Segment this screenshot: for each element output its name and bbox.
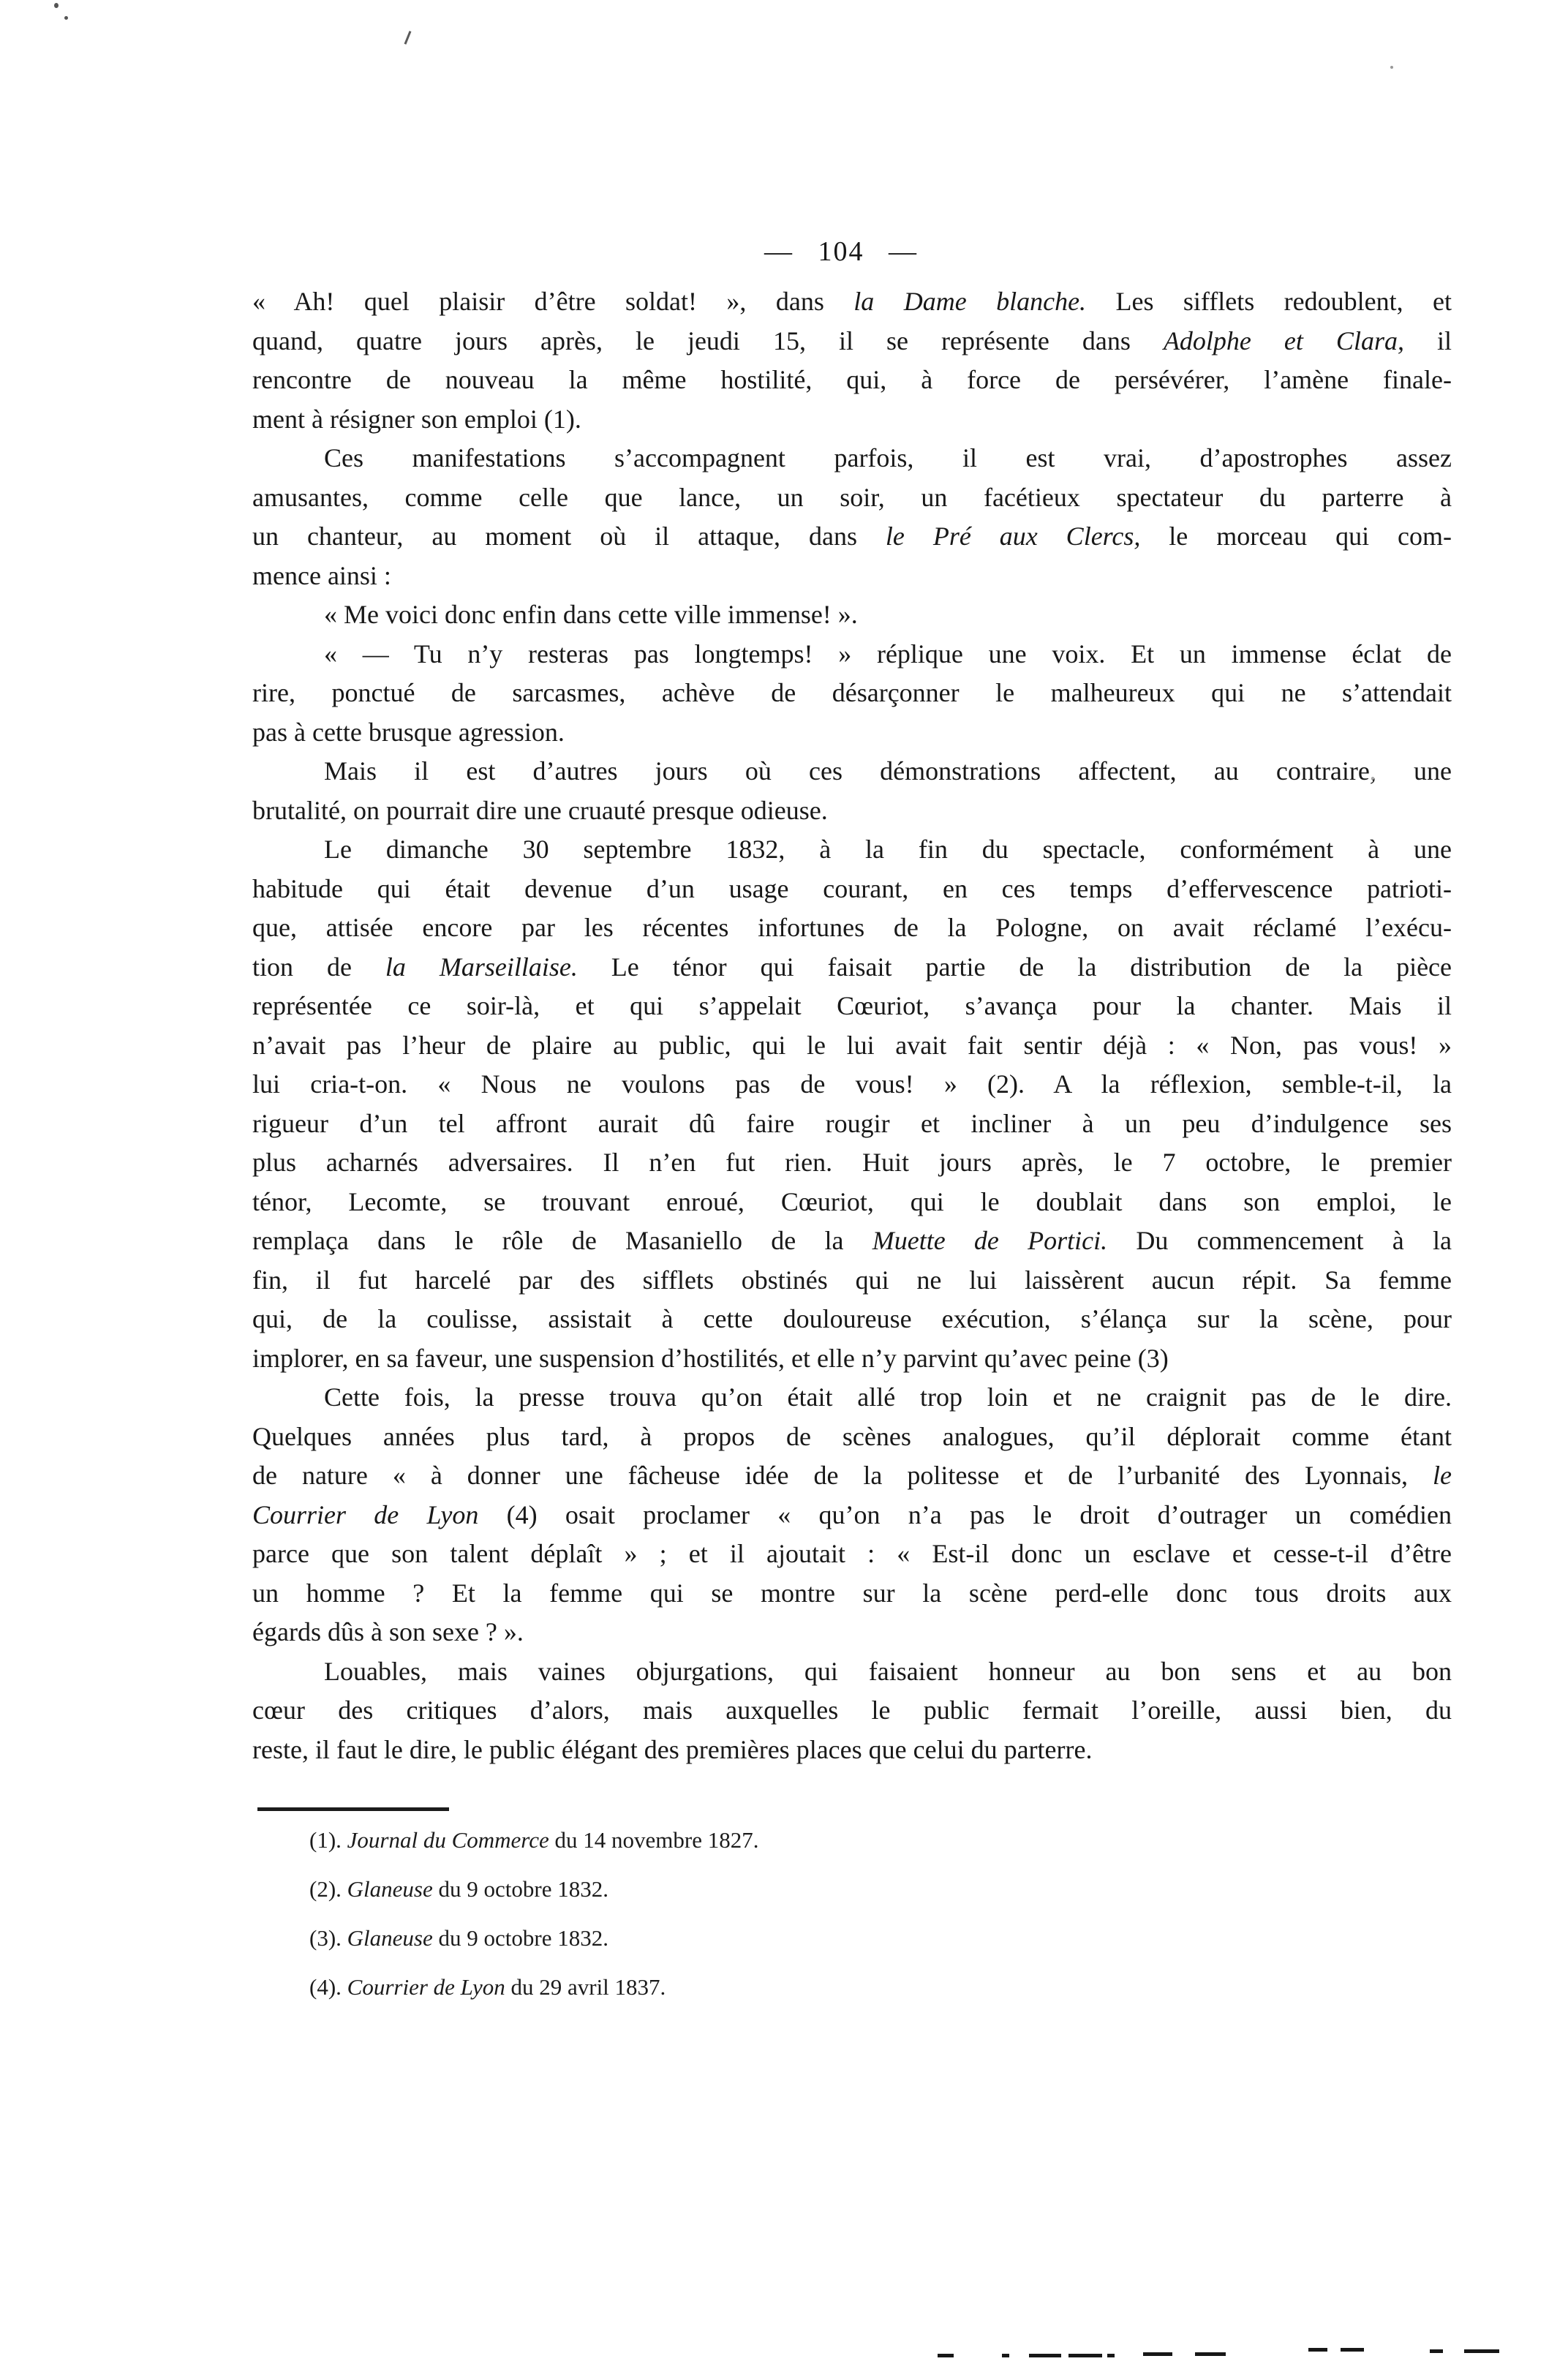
text-line: fin, il fut harcelé par des sifflets obs… [252,1261,1452,1300]
footnotes: (1). Journal du Commerce du 14 novembre … [252,1815,1452,2011]
text-line: un homme ? Et la femme qui se montre sur… [252,1574,1452,1614]
italic-text: le Pré aux Clercs, [886,522,1140,551]
text-segment: du 14 novembre 1827. [549,1827,759,1853]
italic-text: Courrier de Lyon [252,1500,478,1529]
text-segment: (2). [309,1876,347,1902]
scan-artifact-dash [1308,2348,1327,2352]
italic-text: Journal du Commerce [347,1827,549,1853]
text-segment: il [1404,326,1452,355]
text-line: mence ainsi : [252,557,1452,596]
text-line: amusantes, comme celle que lance, un soi… [252,478,1452,518]
text-line: un chanteur, au moment où il attaque, da… [252,517,1452,557]
text-segment: de nature « à donner une fâcheuse idée d… [252,1461,1433,1490]
text-segment: remplaça dans le rôle de Masaniello de l… [252,1226,872,1255]
text-segment: lui cria-t-on. « Nous ne voulons pas de … [252,1069,1452,1099]
text-line: « Ah! quel plaisir d’être soldat! », dan… [252,282,1452,322]
scan-artifact-dash [1068,2354,1102,2357]
text-line: que, attisée encore par les récentes inf… [252,908,1452,948]
text-segment: Du commencement à la [1107,1226,1452,1255]
page-number: — 104 — [241,236,1441,268]
scan-speck [1390,66,1393,69]
text-line: habitude qui était devenue d’un usage co… [252,870,1452,909]
body-text: « Ah! quel plaisir d’être soldat! », dan… [252,282,1452,1769]
scan-artifact-dash [1107,2354,1115,2357]
scan-artifact-dash [1029,2354,1061,2357]
text-segment: du 29 avril 1837. [505,1974,666,2000]
text-line: de nature « à donner une fâcheuse idée d… [252,1456,1452,1496]
text-line: ténor, Lecomte, se trouvant enroué, Cœur… [252,1183,1452,1222]
text-line: rire, ponctué de sarcasmes, achève de dé… [252,674,1452,713]
text-segment: ténor, Lecomte, se trouvant enroué, Cœur… [252,1187,1452,1216]
text-segment: mence ainsi : [252,561,391,590]
text-line: Cette fois, la presse trouva qu’on était… [252,1378,1452,1418]
italic-text: Glaneuse [347,1876,433,1902]
text-segment: Le ténor qui faisait partie de la distri… [578,952,1452,982]
text-segment: égards dûs à son sexe ? ». [252,1617,524,1646]
text-segment: qui, de la coulisse, assistait à cette d… [252,1304,1452,1333]
text-line: « — Tu n’y resteras pas longtemps! » rép… [252,635,1452,674]
text-segment: (4) osait proclamer « qu’on n’a pas le d… [478,1500,1452,1529]
scan-stroke-artifact [404,31,412,45]
footnote: (1). Journal du Commerce du 14 novembre … [252,1815,1452,1864]
text-segment: brutalité, on pourrait dire une cruauté … [252,796,828,825]
text-segment: ment à résigner son emploi (1). [252,404,581,434]
text-segment: habitude qui était devenue d’un usage co… [252,874,1452,903]
text-segment: cœur des critiques d’alors, mais auxquel… [252,1695,1452,1725]
text-segment: que, attisée encore par les récentes inf… [252,913,1452,942]
text-segment: reste, il faut le dire, le public élégan… [252,1735,1092,1764]
text-line: lui cria-t-on. « Nous ne voulons pas de … [252,1065,1452,1104]
text-segment: amusantes, comme celle que lance, un soi… [252,483,1452,512]
text-line: Mais il est d’autres jours où ces démons… [252,752,1452,791]
text-segment: rire, ponctué de sarcasmes, achève de dé… [252,678,1452,707]
scan-speck [64,16,68,20]
page-number-text: — 104 — [764,236,918,267]
text-segment: « Ah! quel plaisir d’être soldat! », dan… [252,287,853,316]
text-line: Courrier de Lyon (4) osait proclamer « q… [252,1496,1452,1535]
text-line: pas à cette brusque agression. [252,713,1452,753]
footnote: (2). Glaneuse du 9 octobre 1832. [252,1864,1452,1913]
text-segment: Quelques années plus tard, à propos de s… [252,1422,1452,1451]
italic-text: Courrier de Lyon [347,1974,505,2000]
text-line: Le dimanche 30 septembre 1832, à la fin … [252,830,1452,870]
scan-artifact-dash [1195,2352,1226,2356]
text-line: tion de la Marseillaise. Le ténor qui fa… [252,948,1452,987]
text-segment: le morceau qui com- [1140,522,1452,551]
text-line: rencontre de nouveau la même hostilité, … [252,361,1452,400]
text-segment: n’avait pas l’heur de plaire au public, … [252,1031,1452,1060]
scan-artifact-dash [1341,2348,1364,2352]
italic-text: Glaneuse [347,1925,433,1951]
scan-artifact-dash [1464,2349,1499,2353]
text-segment: représentée ce soir-là, et qui s’appelai… [252,991,1452,1020]
text-segment: plus acharnés adversaires. Il n’en fut r… [252,1148,1452,1177]
text-line: Ces manifestations s’accompagnent parfoi… [252,439,1452,478]
text-line: égards dûs à son sexe ? ». [252,1613,1452,1652]
text-line: Louables, mais vaines objurgations, qui … [252,1652,1452,1692]
footnote: (4). Courrier de Lyon du 29 avril 1837. [252,1962,1452,2011]
text-segment: du 9 octobre 1832. [433,1876,608,1902]
italic-text: Muette de Portici. [872,1226,1107,1255]
italic-text: le [1433,1461,1452,1490]
footnote-separator-rule [257,1807,449,1811]
text-line: quand, quatre jours après, le jeudi 15, … [252,322,1452,361]
text-line: n’avait pas l’heur de plaire au public, … [252,1026,1452,1066]
text-segment: du 9 octobre 1832. [433,1925,608,1951]
italic-text: Adolphe et Clara, [1164,326,1404,355]
text-line: « Me voici donc enfin dans cette ville i… [252,595,1452,635]
text-segment: Les sifflets redoublent, et [1086,287,1452,316]
text-segment: Ces manifestations s’accompagnent parfoi… [324,443,1452,473]
text-segment: quand, quatre jours après, le jeudi 15, … [252,326,1164,355]
scan-artifact-dash [938,2354,954,2357]
italic-text: la Marseillaise. [385,952,578,982]
text-line: brutalité, on pourrait dire une cruauté … [252,791,1452,831]
text-segment: Le dimanche 30 septembre 1832, à la fin … [324,835,1452,864]
text-line: reste, il faut le dire, le public élégan… [252,1731,1452,1770]
text-segment: parce que son talent déplaît » ; et il a… [252,1539,1452,1568]
text-line: cœur des critiques d’alors, mais auxquel… [252,1691,1452,1731]
text-segment: Mais il est d’autres jours où ces démons… [324,756,1452,786]
text-segment: rigueur d’un tel affront aurait dû faire… [252,1109,1452,1138]
text-segment: un chanteur, au moment où il attaque, da… [252,522,886,551]
text-segment: fin, il fut harcelé par des sifflets obs… [252,1265,1452,1295]
text-line: Quelques années plus tard, à propos de s… [252,1418,1452,1457]
scan-artifact-dash [1430,2349,1443,2353]
text-segment: un homme ? Et la femme qui se montre sur… [252,1578,1452,1608]
text-segment: « Me voici donc enfin dans cette ville i… [324,600,858,629]
text-segment: (4). [309,1974,347,2000]
text-line: implorer, en sa faveur, une suspension d… [252,1339,1452,1379]
text-line: remplaça dans le rôle de Masaniello de l… [252,1221,1452,1261]
text-line: rigueur d’un tel affront aurait dû faire… [252,1104,1452,1144]
text-segment: (1). [309,1827,347,1853]
scan-artifact-dash [1002,2354,1009,2357]
scan-speck [1371,777,1374,780]
text-segment: Cette fois, la presse trouva qu’on était… [324,1382,1452,1412]
text-segment: Louables, mais vaines objurgations, qui … [324,1657,1452,1686]
scan-speck [54,3,59,8]
text-segment: pas à cette brusque agression. [252,718,565,747]
text-segment: (3). [309,1925,347,1951]
italic-text: la Dame blanche. [853,287,1086,316]
text-segment: « — Tu n’y resteras pas longtemps! » rép… [324,639,1452,669]
text-segment: implorer, en sa faveur, une suspension d… [252,1344,1169,1373]
text-line: parce que son talent déplaît » ; et il a… [252,1535,1452,1574]
scan-artifact-dash [1143,2352,1172,2356]
text-segment: rencontre de nouveau la même hostilité, … [252,365,1452,394]
text-line: plus acharnés adversaires. Il n’en fut r… [252,1143,1452,1183]
text-line: représentée ce soir-là, et qui s’appelai… [252,987,1452,1026]
text-line: ment à résigner son emploi (1). [252,400,1452,440]
text-segment: tion de [252,952,385,982]
text-line: qui, de la coulisse, assistait à cette d… [252,1300,1452,1339]
footnote: (3). Glaneuse du 9 octobre 1832. [252,1913,1452,1962]
book-page: — 104 — « Ah! quel plaisir d’être soldat… [0,0,1568,2364]
